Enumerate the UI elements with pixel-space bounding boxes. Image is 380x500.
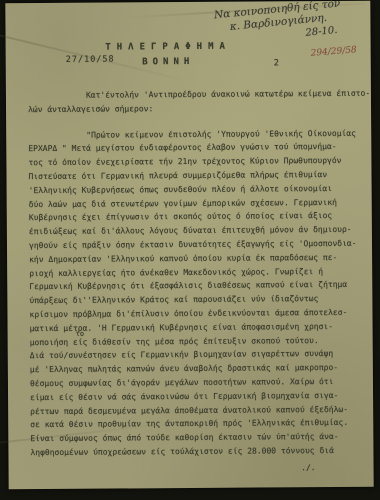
continuation-mark: ./. [31,461,358,477]
page-number: 2 [274,58,279,68]
telegram-body: Κατ'έντολήν 'Αντιπροέδρου άνακοινώ κατωτ… [28,87,358,477]
typed-line: Κατ'έντολήν 'Αντιπροέδρου άνακοινώ κατωτ… [28,87,355,103]
typed-line: λών άνταλλαγεισών σήμερον: [28,101,355,117]
telegram-title: ΤΗΛΕΓΡΑΦΗΜΑ [6,41,331,53]
typed-line: ληφθησομένων ύποχρεώσεων είς τούλάχιστον… [30,444,357,460]
telegram-paper: Να κοινοποιηθή είς τόν κ. Βαρδινογιάννη.… [5,1,373,490]
document-photo: Να κοινοποιηθή είς τόν κ. Βαρδινογιάννη.… [0,0,380,500]
telegram-origin: ΒΟΝΝΗ [6,56,331,68]
typed-inline-correction: το [76,328,85,342]
